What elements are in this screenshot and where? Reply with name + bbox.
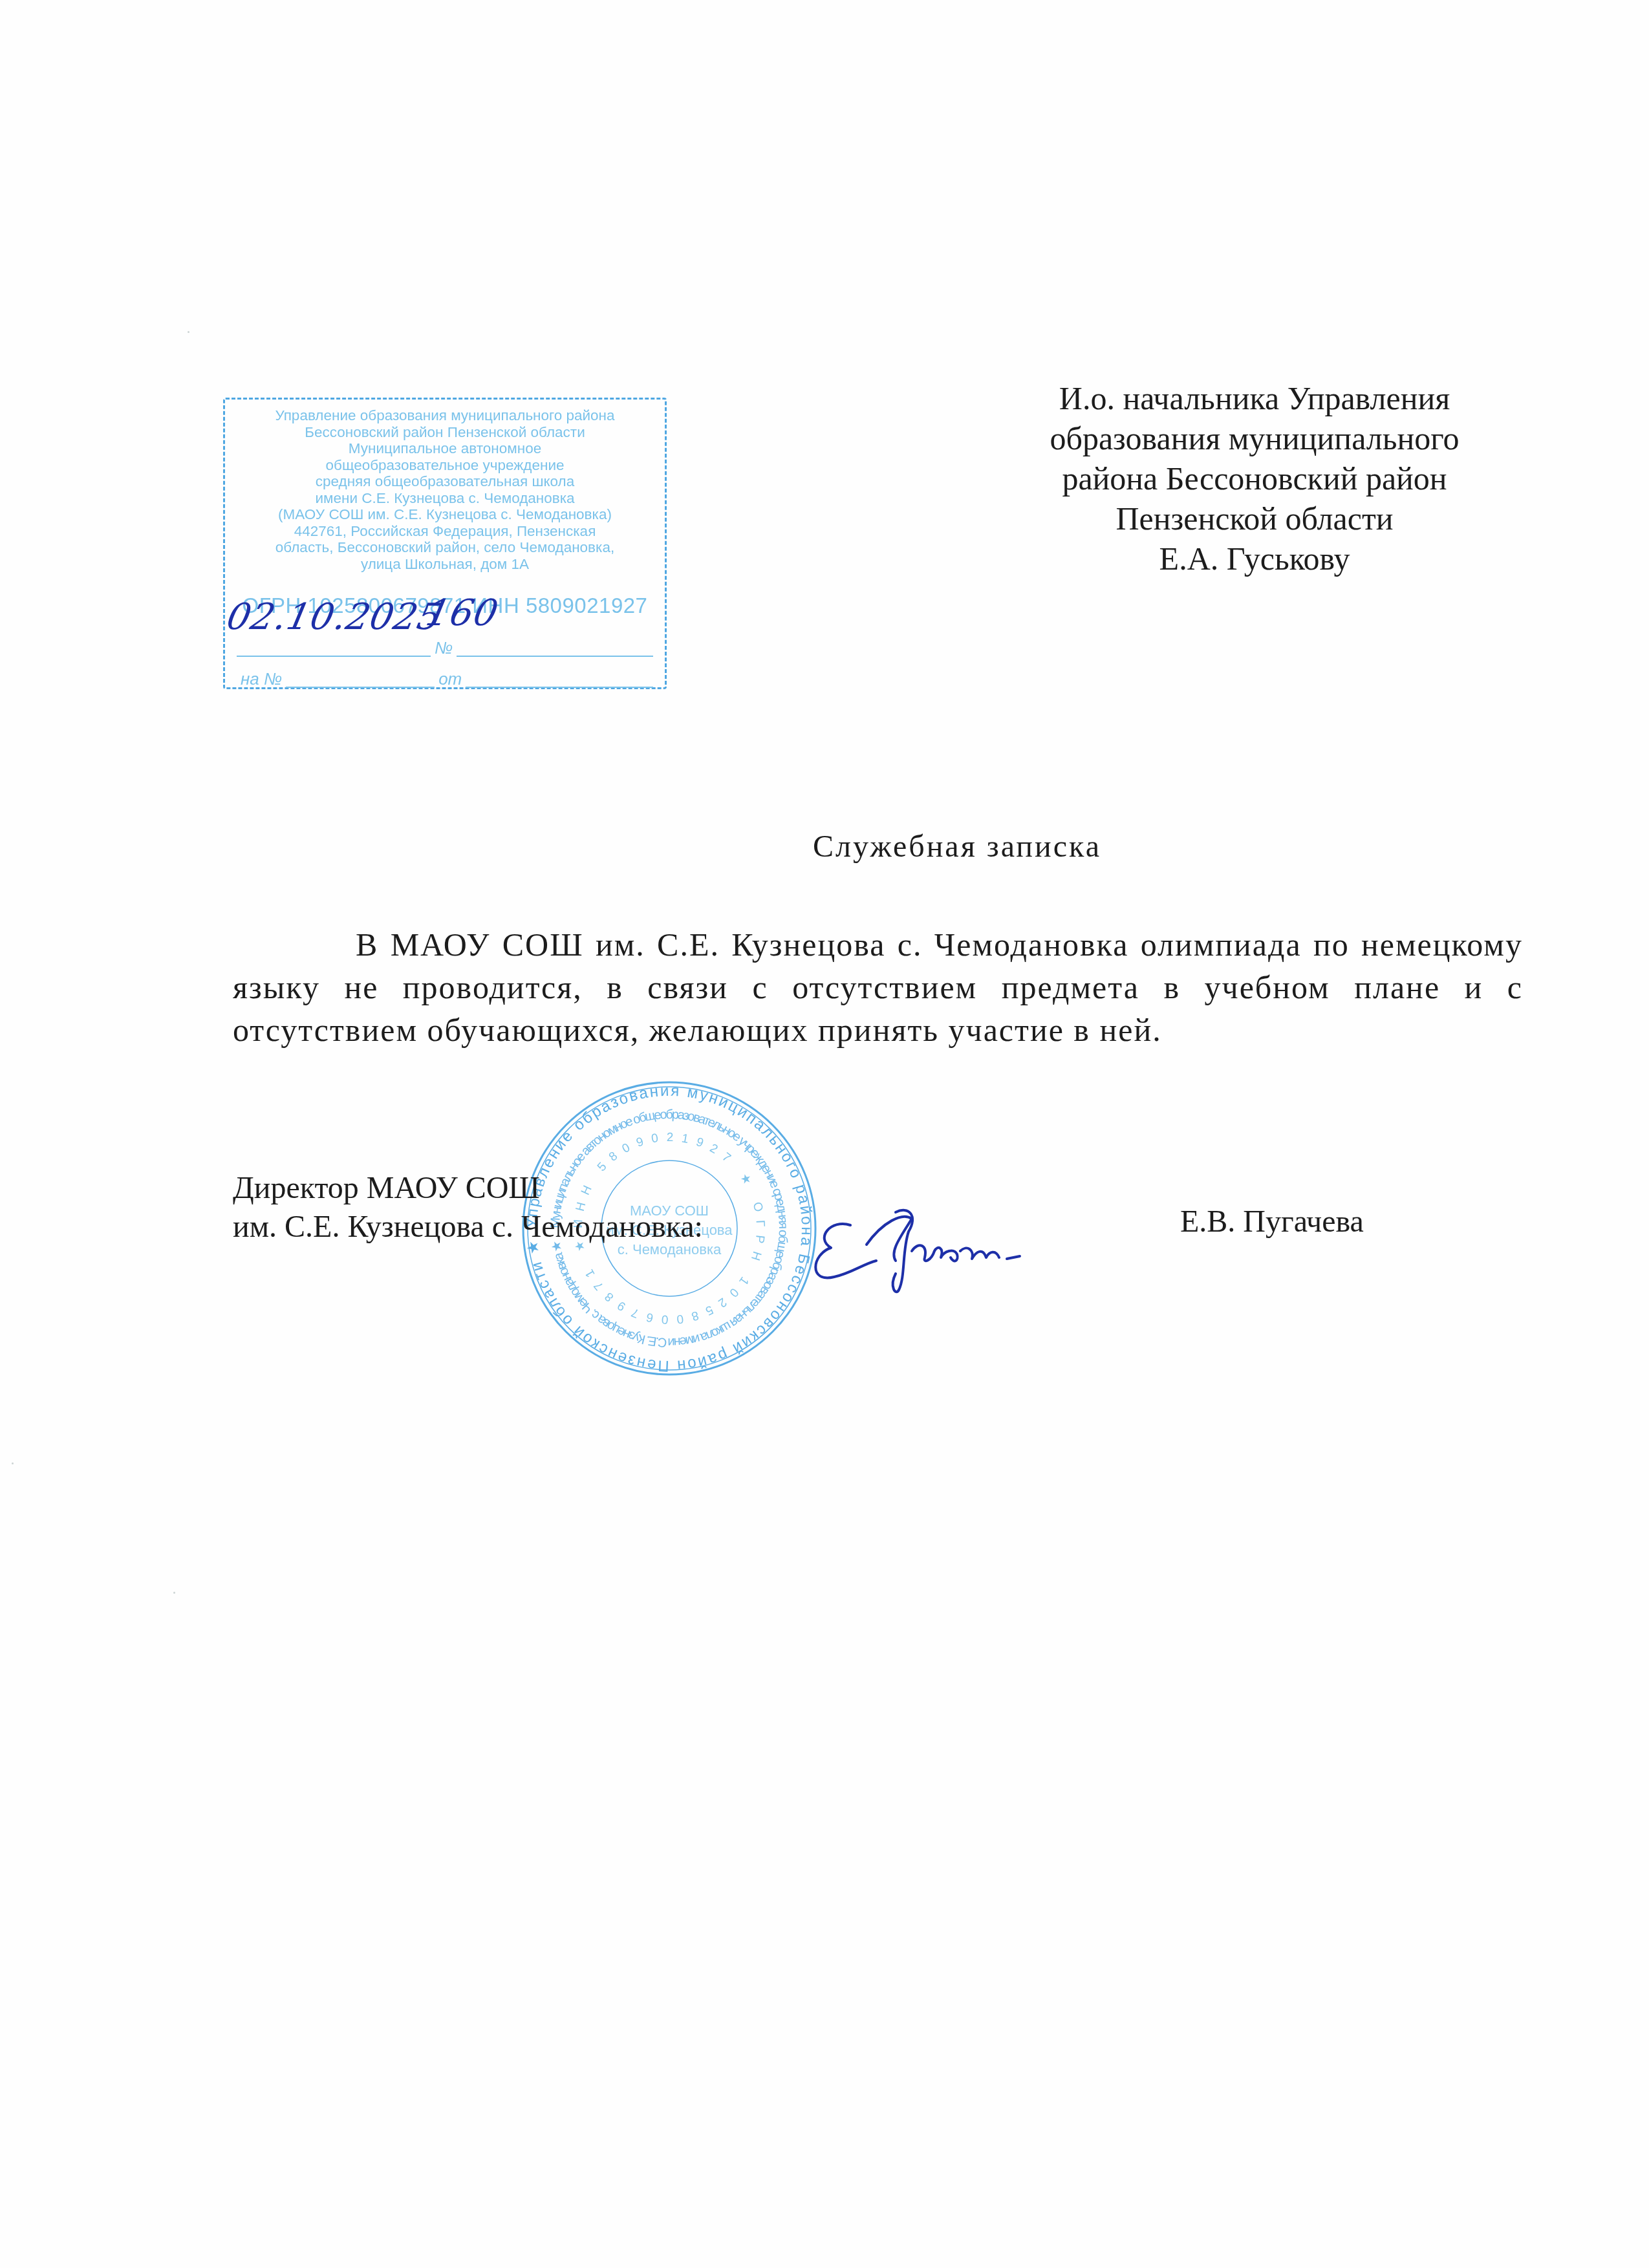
signer-position-line: Директор МАОУ СОШ xyxy=(233,1169,703,1208)
stamp-line: имени С.Е. Кузнецова с. Чемодановка xyxy=(225,490,665,507)
addressee-line: Пензенской области xyxy=(1009,498,1500,539)
addressee-block: И.о. начальника Управления образования м… xyxy=(1009,378,1500,579)
scan-speck xyxy=(173,1592,175,1594)
stamp-line: общеобразовательное учреждение xyxy=(225,457,665,474)
reply-date-line xyxy=(466,687,653,688)
reply-label: на № xyxy=(237,670,286,688)
date-line xyxy=(237,656,431,657)
registration-stamp: Управление образования муниципального ра… xyxy=(223,398,667,689)
stamp-line: улица Школьная, дом 1А xyxy=(225,556,665,573)
stamp-line: Бессоновский район Пензенской области xyxy=(225,424,665,441)
number-label: № xyxy=(431,639,457,657)
stamp-outgoing-row: № xyxy=(237,639,653,657)
addressee-line: образования муниципального xyxy=(1009,418,1500,458)
stamp-line: Управление образования муниципального ра… xyxy=(225,407,665,424)
signer-position-line: им. С.Е. Кузнецова с. Чемодановка: xyxy=(233,1208,703,1246)
number-line xyxy=(457,656,653,657)
scan-speck xyxy=(188,331,189,333)
addressee-name: Е.А. Гуськову xyxy=(1009,539,1500,579)
document-page: И.о. начальника Управления образования м… xyxy=(0,0,1649,2268)
body-paragraph: В МАОУ СОШ им. С.Е. Кузнецова с. Чемодан… xyxy=(233,926,1523,1048)
stamp-line: область, Бессоновский район, село Чемода… xyxy=(225,539,665,556)
addressee-line: И.о. начальника Управления xyxy=(1009,378,1500,418)
handwritten-date: 02.10.2025 xyxy=(223,596,446,638)
reply-number-line xyxy=(286,687,435,688)
stamp-line: 442761, Российская Федерация, Пензенская xyxy=(225,523,665,540)
signer-position: Директор МАОУ СОШ им. С.Е. Кузнецова с. … xyxy=(233,1169,703,1246)
scan-speck xyxy=(12,1462,14,1464)
stamp-line: средняя общеобразовательная школа xyxy=(225,473,665,490)
from-label: от xyxy=(435,670,466,688)
stamp-line: Муниципальное автономное xyxy=(225,440,665,457)
signer-name: Е.В. Пугачева xyxy=(1180,1204,1364,1239)
document-title: Служебная записка xyxy=(0,829,1649,864)
document-title-text: Служебная записка xyxy=(813,829,1101,864)
document-body: В МАОУ СОШ им. С.Е. Кузнецова с. Чемодан… xyxy=(233,923,1523,1051)
stamp-reply-row: на № от xyxy=(237,670,653,688)
stamp-line: (МАОУ СОШ им. С.Е. Кузнецова с. Чемодано… xyxy=(225,506,665,523)
addressee-line: района Бессоновский район xyxy=(1009,458,1500,498)
handwritten-number: 160 xyxy=(422,592,502,634)
handwritten-signature xyxy=(805,1199,1115,1296)
